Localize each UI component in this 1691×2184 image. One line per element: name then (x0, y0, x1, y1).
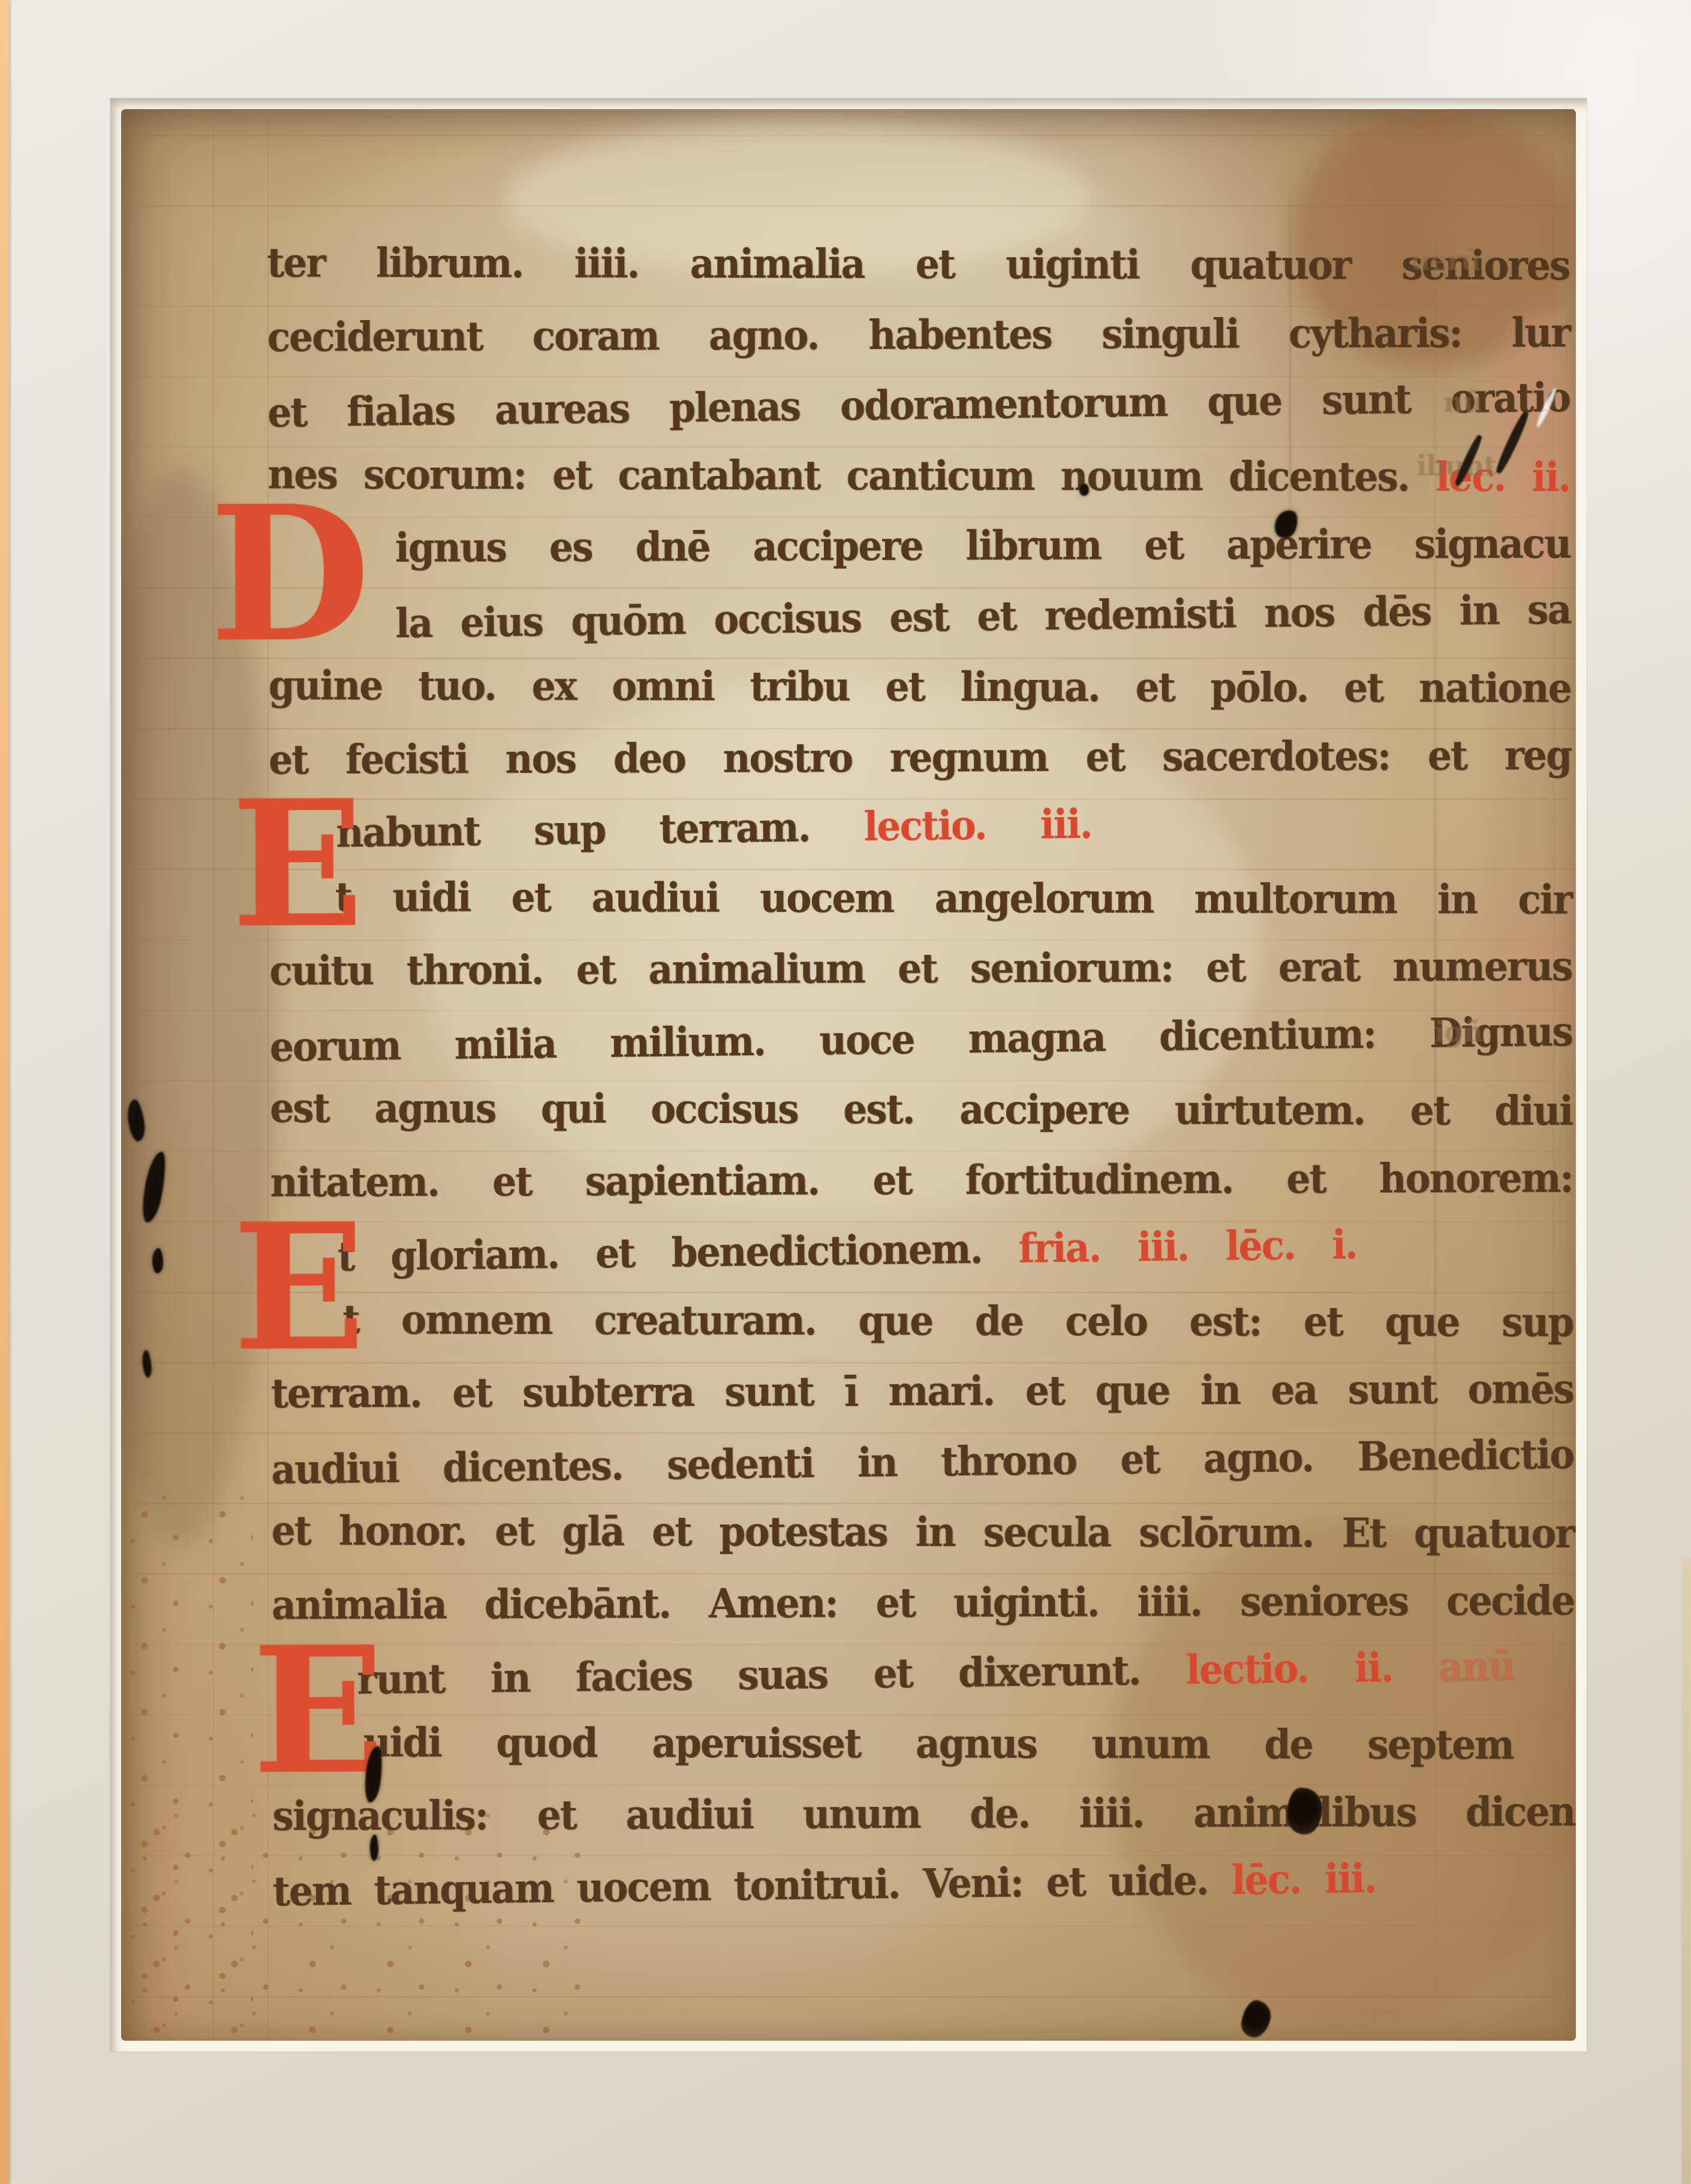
margin-note: ibunt (1416, 450, 1496, 482)
drop-cap-initial: E (252, 1624, 385, 1799)
line-text: ignus es dnē accipere librum et aperire … (395, 519, 1570, 571)
line-text: t uidi et audiui uocem angelorum multoru… (335, 872, 1572, 923)
text-line: et honor. et glā et potestas in secula s… (272, 1499, 1574, 1564)
line-text: eorum milia milium. uoce magna dicentium… (269, 1007, 1572, 1070)
drop-cap-initial: E (233, 1201, 366, 1375)
frame-edge-left (0, 0, 9, 2184)
line-text: audiui dicentes. sedenti in throno et ag… (271, 1429, 1574, 1493)
text-line: tem tanquam uocem tonitrui. Veni: et uid… (272, 1846, 1376, 1922)
text-line: ceciderunt coram agno. habentes singuli … (267, 300, 1570, 367)
line-text: ter librum. iiii. animalia et uiginti qu… (267, 238, 1569, 289)
drop-cap-initial: E (231, 778, 364, 952)
ink-blot (152, 1248, 163, 1273)
text-line: uidi quod aperuisset agnus unum de septe… (363, 1710, 1514, 1775)
text-block: ter librum. iiii. animalia et uiginti qu… (121, 109, 1576, 2041)
frame-edge-right (1681, 1559, 1691, 2184)
line-text: et fecisti nos deo nostro regnum et sace… (269, 730, 1571, 783)
line-text: runt in facies suas et dixerunt. (357, 1646, 1186, 1703)
line-text: nabunt sup terram. (336, 802, 864, 856)
text-line: t gloriam. et benedictionem. fria. iii. … (338, 1213, 1358, 1287)
text-line: t omnem creaturam. que de celo est: et q… (342, 1288, 1573, 1352)
text-line: cuitu throni. et animalium et seniorum: … (269, 935, 1572, 1001)
rubric-text: lēc. iii. (1231, 1854, 1376, 1903)
text-line: nes scorum: et cantabant canticum nouum … (267, 442, 1570, 507)
drop-cap-initial: D (209, 481, 371, 668)
line-text: nes scorum: et cantabant canticum nouum … (267, 450, 1436, 500)
text-line: runt in facies suas et dixerunt. lectio.… (357, 1634, 1515, 1710)
line-text: cuitu throni. et animalium et seniorum: … (269, 942, 1572, 995)
line-text: la eius quōm occisus est et redemisti no… (395, 585, 1571, 646)
text-line: signaculis: et audiui unum de. iiii. ani… (272, 1780, 1575, 1846)
ink-blot (370, 1834, 378, 1861)
margin-note: igñ (1434, 1016, 1482, 1048)
margin-note: nū (1443, 386, 1482, 418)
rubric-text: anū (1439, 1641, 1515, 1690)
line-text: est agnus qui occisus est. accipere uirt… (270, 1083, 1572, 1134)
line-text: guine tuo. ex omni tribu et lingua. et p… (269, 661, 1571, 712)
line-text: tem tanquam uocem tonitrui. Veni: et uid… (272, 1855, 1232, 1915)
text-line: eorum milia milium. uoce magna dicentium… (269, 999, 1572, 1077)
rubric-text: lectio. iii. (863, 799, 1092, 849)
line-text: et honor. et glā et potestas in secula s… (272, 1506, 1574, 1557)
text-line: terram. et subterra sunt ī mari. et que … (271, 1357, 1573, 1424)
line-text: animalia dicebānt. Amen: et uiginti. iii… (272, 1576, 1574, 1628)
text-line: t uidi et audiui uocem angelorum multoru… (335, 865, 1572, 930)
line-text: nitatem. et sapientiam. et fortitudinem.… (270, 1153, 1572, 1206)
text-line: nitatem. et sapientiam. et fortitudinem.… (270, 1146, 1572, 1212)
ink-blot (1079, 484, 1089, 496)
text-line: animalia dicebānt. Amen: et uiginti. iii… (272, 1568, 1574, 1635)
text-line: et fecisti nos deo nostro regnum et sace… (269, 723, 1571, 790)
line-text: signaculis: et audiui unum de. iiii. ani… (272, 1787, 1575, 1840)
text-line: ignus es dnē accipere librum et aperire … (395, 512, 1570, 579)
line-text: t omnem creaturam. que de celo est: et q… (342, 1295, 1573, 1345)
text-line: ter librum. iiii. animalia et uiginti qu… (267, 231, 1569, 296)
text-line: guine tuo. ex omni tribu et lingua. et p… (269, 653, 1571, 718)
line-text: uidi quod aperuisset agnus unum de septe… (363, 1718, 1514, 1768)
line-text: et fialas aureas plenas odoramentorum qu… (267, 373, 1570, 436)
text-line: et fialas aureas plenas odoramentorum qu… (267, 366, 1570, 444)
text-line: audiui dicentes. sedenti in throno et ag… (271, 1422, 1574, 1500)
text-line: nabunt sup terram. lectio. iii. (336, 792, 1092, 863)
line-text: ceciderunt coram agno. habentes singuli … (267, 308, 1570, 360)
rubric-text: lectio. ii. (1186, 1643, 1439, 1694)
rubric-text: fria. iii. lēc. i. (1018, 1220, 1357, 1272)
margin-note: uerū (1410, 244, 1480, 276)
line-text: t gloriam. et benedictionem. (338, 1224, 1019, 1281)
manuscript-leaf: ter librum. iiii. animalia et uiginti qu… (121, 109, 1576, 2041)
text-line: est agnus qui occisus est. accipere uirt… (270, 1076, 1572, 1141)
line-text: terram. et subterra sunt ī mari. et que … (271, 1364, 1573, 1417)
text-line: la eius quōm occisus est et redemisti no… (395, 577, 1571, 653)
